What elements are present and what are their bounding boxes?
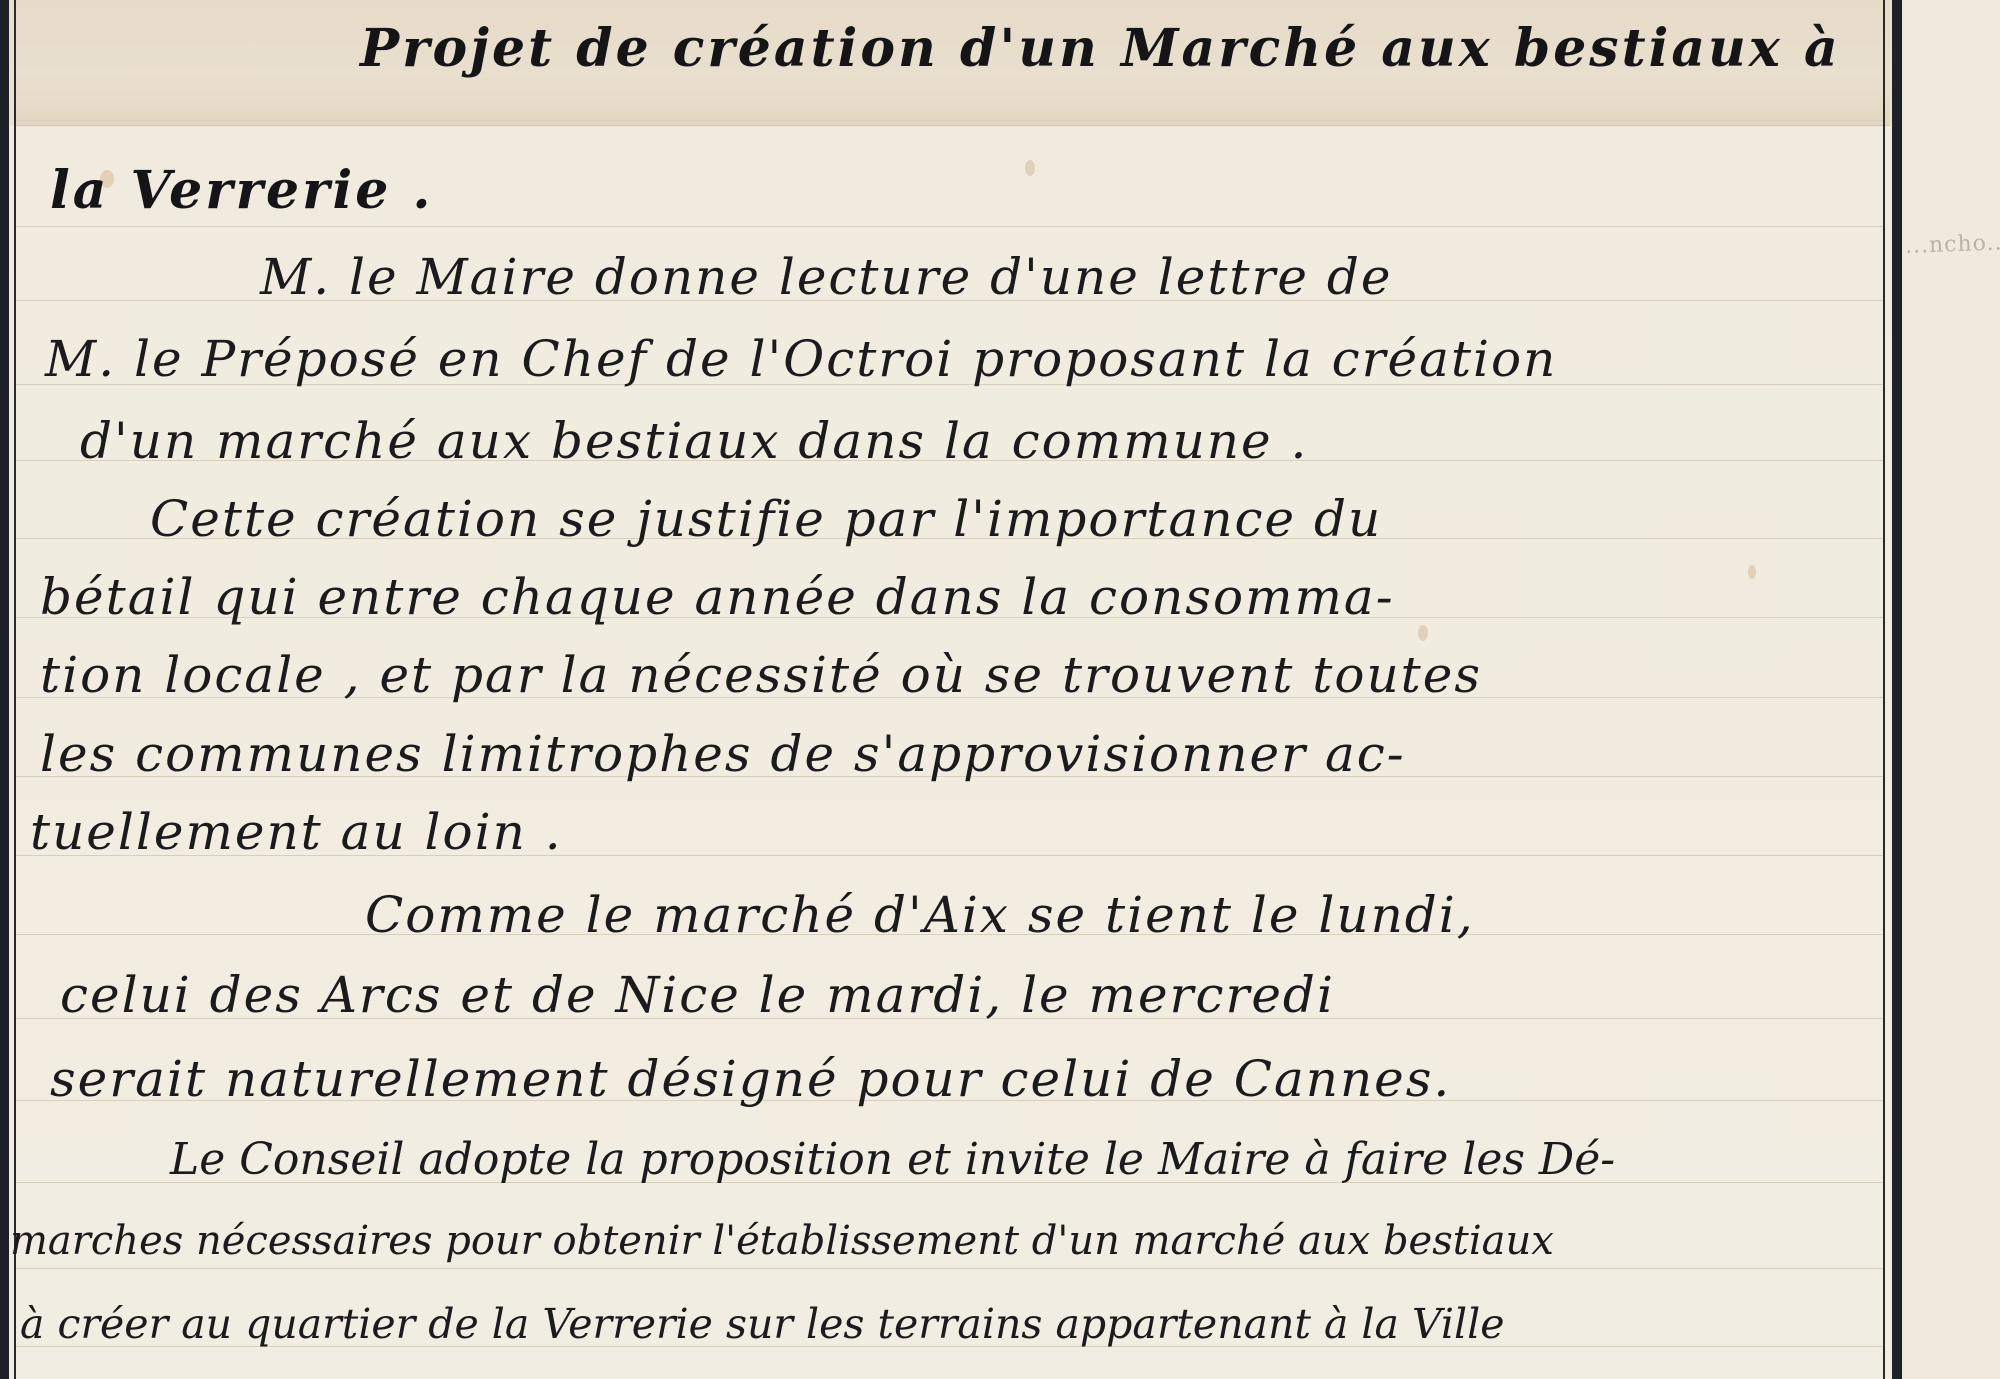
paper-stain <box>1748 565 1756 579</box>
paragraph-2-line-2: bétail qui entre chaque année dans la co… <box>40 568 1395 626</box>
faded-margin-stamp: ...ncho... <box>1905 230 2000 259</box>
ruled-line <box>16 226 1883 227</box>
title-line-2: la Verrerie . <box>50 160 434 221</box>
left-margin-border-thin <box>14 0 16 1379</box>
paper-stain <box>1025 160 1035 176</box>
paragraph-2-line-3: tion locale , et par la nécessité où se … <box>40 646 1482 704</box>
left-margin-border-thick <box>0 0 9 1379</box>
paragraph-3-line-2: celui des Arcs et de Nice le mardi, le m… <box>60 966 1335 1024</box>
paper-stain <box>1418 625 1428 641</box>
document-page: ...ncho... Projet de création d'un March… <box>0 0 2000 1379</box>
right-margin-border-thick <box>1892 0 1902 1379</box>
paragraph-4-line-3: à créer au quartier de la Verrerie sur l… <box>20 1300 1505 1348</box>
paragraph-1-line-2: M. le Préposé en Chef de l'Octroi propos… <box>45 330 1557 388</box>
paragraph-2-line-4: les communes limitrophes de s'approvisio… <box>40 725 1406 783</box>
paragraph-1-line-1: M. le Maire donne lecture d'une lettre d… <box>260 248 1393 306</box>
right-margin-border-thin <box>1883 0 1885 1379</box>
paragraph-1-line-3: d'un marché aux bestiaux dans la commune… <box>80 412 1308 470</box>
paragraph-4-line-2: marches nécessaires pour obtenir l'établ… <box>10 1218 1554 1264</box>
paragraph-3-line-3: serait naturellement désigné pour celui … <box>50 1050 1451 1108</box>
paragraph-2-line-1: Cette création se justifie par l'importa… <box>150 490 1382 548</box>
ruled-line <box>16 120 1883 121</box>
paragraph-4-line-1: Le Conseil adopte la proposition et invi… <box>170 1134 1615 1185</box>
title-line-1: Projet de création d'un Marché aux besti… <box>360 18 1841 79</box>
paragraph-3-line-1: Comme le marché d'Aix se tient le lundi, <box>365 886 1475 944</box>
right-margin <box>1902 0 2000 1379</box>
paragraph-2-line-5: tuellement au loin . <box>30 803 563 861</box>
ruled-line <box>16 1268 1883 1269</box>
